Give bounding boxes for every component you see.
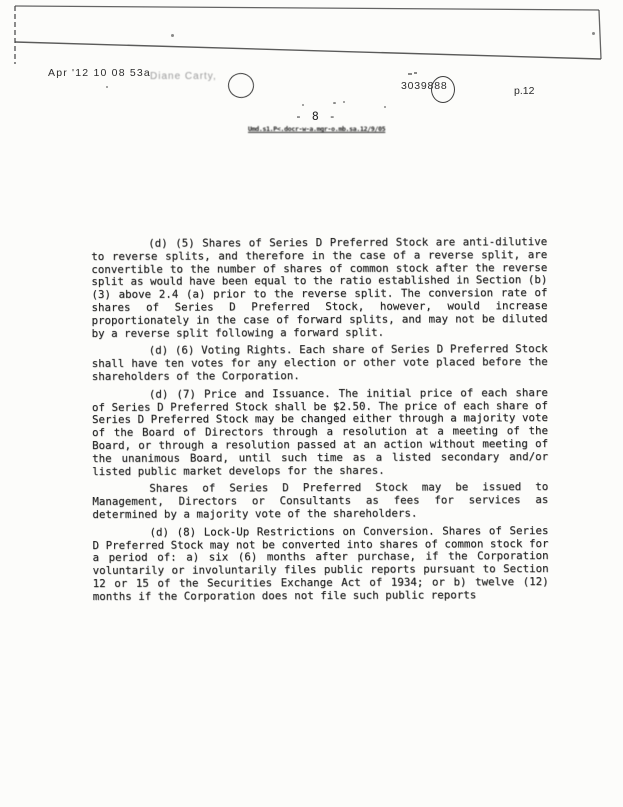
scan-speckle bbox=[343, 101, 345, 103]
circle-stamp-icon bbox=[431, 76, 455, 103]
page-number: - 8 - bbox=[295, 109, 337, 123]
scan-speckle bbox=[414, 72, 417, 74]
fax-sender-name: Diane Carty, bbox=[150, 71, 217, 82]
circle-stamp-icon bbox=[226, 71, 255, 99]
scan-border-artifact bbox=[0, 0, 623, 115]
document-reference-line: Umd.s1.P<.docr-w-a.mgr-o.mb.sa.12/9/05 bbox=[248, 126, 364, 133]
paragraph-d7-price-issuance: (d) (7) Price and Issuance. The initial … bbox=[92, 387, 548, 479]
scan-speckle bbox=[106, 86, 108, 88]
scan-speckle bbox=[408, 73, 412, 75]
scanned-fax-document-page: Apr '12 10 08 53a Diane Carty, 3039888 p… bbox=[0, 0, 623, 807]
fax-page-label: p.12 bbox=[514, 85, 534, 97]
paragraph-d8-lockup: (d) (8) Lock-Up Restrictions on Conversi… bbox=[92, 525, 548, 604]
scan-speckle bbox=[171, 34, 174, 37]
scan-speckle bbox=[592, 32, 595, 35]
paragraph-shares-issued: Shares of Series D Preferred Stock may b… bbox=[92, 481, 548, 521]
scan-speckle bbox=[302, 104, 304, 106]
scan-speckle bbox=[333, 102, 336, 104]
document-body: (d) (5) Shares of Series D Preferred Sto… bbox=[91, 236, 549, 609]
fax-timestamp: Apr '12 10 08 53a bbox=[48, 67, 151, 79]
scan-speckle bbox=[384, 106, 386, 108]
paragraph-d5: (d) (5) Shares of Series D Preferred Sto… bbox=[91, 236, 547, 340]
paragraph-d6-voting-rights: (d) (6) Voting Rights. Each share of Ser… bbox=[92, 343, 548, 383]
